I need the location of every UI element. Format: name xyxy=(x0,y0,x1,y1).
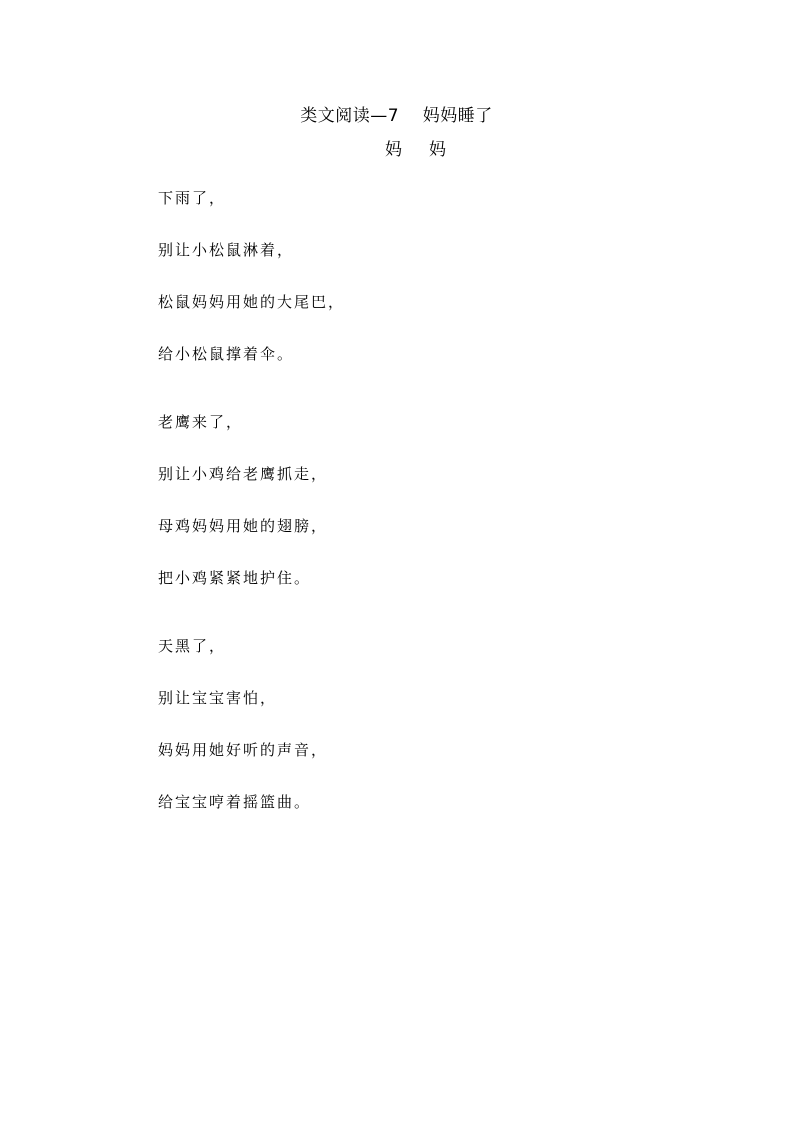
stanza-1: 下雨了， 别让小松鼠淋着， 松鼠妈妈用她的大尾巴， 给小松鼠撑着伞。 xyxy=(158,188,345,364)
poem-title: 妈 妈 xyxy=(0,138,793,162)
document-title: 类文阅读—7 妈妈睡了 xyxy=(0,104,793,128)
poem-line: 老鹰来了， xyxy=(158,412,345,432)
poem-line: 松鼠妈妈用她的大尾巴， xyxy=(158,292,345,312)
stanza-2: 老鹰来了， 别让小鸡给老鹰抓走， 母鸡妈妈用她的翅膀， 把小鸡紧紧地护住。 xyxy=(158,412,345,588)
poem-line: 别让宝宝害怕， xyxy=(158,688,345,708)
poem-line: 天黑了， xyxy=(158,636,345,656)
poem-body: 下雨了， 别让小松鼠淋着， 松鼠妈妈用她的大尾巴， 给小松鼠撑着伞。 老鹰来了，… xyxy=(158,188,345,860)
poem-line: 把小鸡紧紧地护住。 xyxy=(158,568,345,588)
poem-line: 别让小鸡给老鹰抓走， xyxy=(158,464,345,484)
poem-line: 给小松鼠撑着伞。 xyxy=(158,344,345,364)
poem-line: 母鸡妈妈用她的翅膀， xyxy=(158,516,345,536)
document-header: 类文阅读—7 妈妈睡了 妈 妈 xyxy=(0,104,793,162)
poem-line: 妈妈用她好听的声音， xyxy=(158,740,345,760)
poem-line: 给宝宝哼着摇篮曲。 xyxy=(158,792,345,812)
poem-line: 别让小松鼠淋着， xyxy=(158,240,345,260)
poem-line: 下雨了， xyxy=(158,188,345,208)
stanza-3: 天黑了， 别让宝宝害怕， 妈妈用她好听的声音， 给宝宝哼着摇篮曲。 xyxy=(158,636,345,812)
